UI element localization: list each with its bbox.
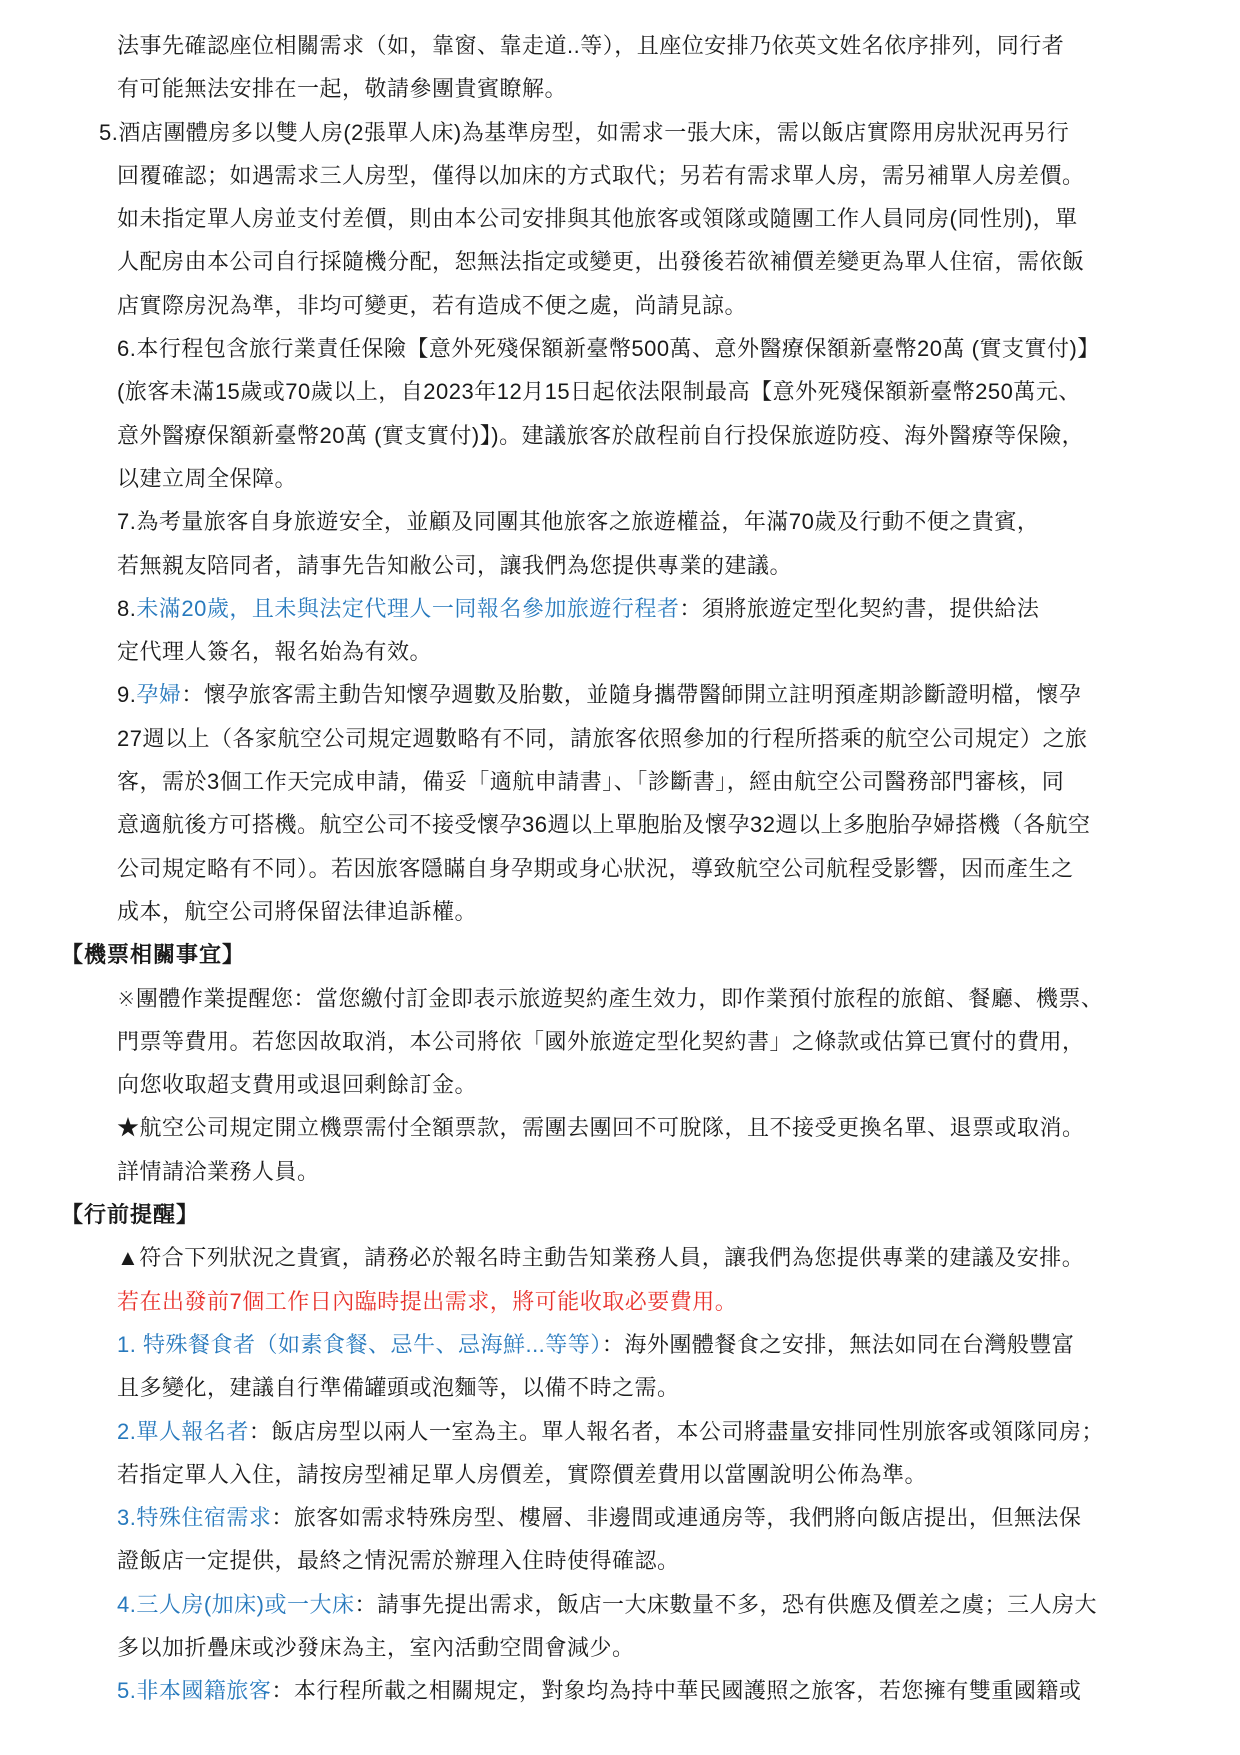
text-segment: 門票等費用。若您因故取消，本公司將依「國外旅遊定型化契約書」之條款或估算已實付的… [117,1029,1085,1054]
text-line: 且多變化，建議自行準備罐頭或泡麵等，以備不時之需。 [0,1366,1240,1409]
text-segment: 且多變化，建議自行準備罐頭或泡麵等，以備不時之需。 [117,1375,680,1400]
text-line: 意外醫療保額新臺幣20萬 (實支實付)】)。建議旅客於啟程前自行投保旅遊防疫、海… [0,414,1240,457]
text-segment: 有可能無法安排在一起，敬請參團貴賓瞭解。 [117,76,567,101]
text-line: 27週以上（各家航空公司規定週數略有不同，請旅客依照參加的行程所搭乘的航空公司規… [0,717,1240,760]
text-segment-blue: 孕婦 [136,682,181,707]
text-line: 意適航後方可搭機。航空公司不接受懷孕36週以上單胞胎及懷孕32週以上多胞胎孕婦搭… [0,803,1240,846]
text-segment: ▲符合下列狀況之貴賓，請務必於報名時主動告知業務人員，讓我們為您提供專業的建議及… [117,1245,1084,1270]
text-segment: 多以加折疊床或沙發床為主，室內活動空間會減少。 [117,1635,635,1660]
text-segment: (旅客未滿15歲或70歲以上，自2023年12月15日起依法限制最高【意外死殘保… [117,379,1081,404]
text-segment: 若指定單人入住，請按房型補足單人房價差，實際價差費用以當團說明公佈為準。 [117,1462,927,1487]
text-segment: ：懷孕旅客需主動告知懷孕週數及胎數，並隨身攜帶醫師開立註明預產期診斷證明檔，懷孕 [181,682,1081,707]
text-line: 多以加折疊床或沙發床為主，室內活動空間會減少。 [0,1626,1240,1669]
text-line: ★航空公司規定開立機票需付全額票款，需團去團回不可脫隊，且不接受更換名單、退票或… [0,1106,1240,1149]
text-line: 店實際房況為準，非均可變更，若有造成不便之處，尚請見諒。 [0,284,1240,327]
text-line: 回覆確認；如遇需求三人房型，僅得以加床的方式取代；另若有需求單人房，需另補單人房… [0,154,1240,197]
text-segment: 9. [117,682,136,707]
document-page: 法事先確認座位相關需求（如，靠窗、靠走道..等），且座位安排乃依英文姓名依序排列… [0,0,1240,1755]
text-segment: ★航空公司規定開立機票需付全額票款，需團去團回不可脫隊，且不接受更換名單、退票或… [117,1115,1085,1140]
text-line: ▲符合下列狀況之貴賓，請務必於報名時主動告知業務人員，讓我們為您提供專業的建議及… [0,1236,1240,1279]
text-segment: 店實際房況為準，非均可變更，若有造成不便之處，尚請見諒。 [117,293,747,318]
text-segment-blue: 1. 特殊餐食者（如素食餐、忌牛、忌海鮮...等等） [117,1332,602,1357]
text-segment: ：旅客如需求特殊房型、樓層、非邊間或連通房等，我們將向飯店提出，但無法保 [271,1505,1081,1530]
text-line: 9.孕婦：懷孕旅客需主動告知懷孕週數及胎數，並隨身攜帶醫師開立註明預產期診斷證明… [0,673,1240,716]
text-line: 7.為考量旅客自身旅遊安全，並顧及同團其他旅客之旅遊權益，年滿70歲及行動不便之… [0,500,1240,543]
text-segment: ：須將旅遊定型化契約書，提供給法 [679,596,1039,621]
text-line: 5.非本國籍旅客：本行程所載之相關規定，對象均為持中華民國護照之旅客，若您擁有雙… [0,1669,1240,1712]
text-segment: 如未指定單人房並支付差價，則由本公司安排與其他旅客或領隊或隨團工作人員同房(同性… [117,206,1078,231]
text-line: 成本，航空公司將保留法律追訴權。 [0,890,1240,933]
text-line: 人配房由本公司自行採隨機分配，恕無法指定或變更，出發後若欲補價差變更為單人住宿，… [0,240,1240,283]
text-segment: ：海外團體餐食之安排，無法如同在台灣般豐富 [602,1332,1075,1357]
text-segment: 意外醫療保額新臺幣20萬 (實支實付)】)。建議旅客於啟程前自行投保旅遊防疫、海… [117,423,1084,448]
text-segment: 證飯店一定提供，最終之情況需於辦理入住時使得確認。 [117,1548,680,1573]
text-segment: 詳情請洽業務人員。 [117,1159,320,1184]
text-segment: 6.本行程包含旅行業責任保險【意外死殘保額新臺幣500萬、意外醫療保額新臺幣20… [117,336,1100,361]
text-segment: ：飯店房型以兩人一室為主。單人報名者，本公司將盡量安排同性別旅客或領隊同房； [249,1419,1104,1444]
text-segment: 客，需於3個工作天完成申請，備妥「適航申請書」、「診斷書」，經由航空公司醫務部門… [117,769,1064,794]
section-header: 【機票相關事宜】 [0,933,1240,976]
text-segment-red: 若在出發前7個工作日內臨時提出需求，將可能收取必要費用。 [117,1289,737,1314]
text-line: 若在出發前7個工作日內臨時提出需求，將可能收取必要費用。 [0,1280,1240,1323]
text-line: 6.本行程包含旅行業責任保險【意外死殘保額新臺幣500萬、意外醫療保額新臺幣20… [0,327,1240,370]
text-line: 向您收取超支費用或退回剩餘訂金。 [0,1063,1240,1106]
text-line: 如未指定單人房並支付差價，則由本公司安排與其他旅客或領隊或隨團工作人員同房(同性… [0,197,1240,240]
text-line: 8.未滿20歲，且未與法定代理人一同報名參加旅遊行程者：須將旅遊定型化契約書，提… [0,587,1240,630]
text-segment-blue: 3.特殊住宿需求 [117,1505,271,1530]
text-segment: 公司規定略有不同）。若因旅客隱瞞自身孕期或身心狀況，導致航空公司航程受影響，因而… [117,856,1074,881]
text-segment: 法事先確認座位相關需求（如，靠窗、靠走道..等），且座位安排乃依英文姓名依序排列… [117,33,1064,58]
text-line: 4.三人房(加床)或一大床：請事先提出需求，飯店一大床數量不多，恐有供應及價差之… [0,1583,1240,1626]
text-segment: 8. [117,596,136,621]
text-line: ※團體作業提醒您：當您繳付訂金即表示旅遊契約產生效力，即作業預付旅程的旅館、餐廳… [0,977,1240,1020]
text-segment: 7.為考量旅客自身旅遊安全，並顧及同團其他旅客之旅遊權益，年滿70歲及行動不便之… [117,509,1039,534]
text-segment: 5.酒店團體房多以雙人房(2張單人床)為基準房型，如需求一張大床，需以飯店實際用… [99,120,1069,145]
text-segment: 定代理人簽名，報名始為有效。 [117,639,432,664]
text-segment: 以建立周全保障。 [117,466,297,491]
text-line: 客，需於3個工作天完成申請，備妥「適航申請書」、「診斷書」，經由航空公司醫務部門… [0,760,1240,803]
document-body: 法事先確認座位相關需求（如，靠窗、靠走道..等），且座位安排乃依英文姓名依序排列… [0,0,1240,1713]
text-segment: 人配房由本公司自行採隨機分配，恕無法指定或變更，出發後若欲補價差變更為單人住宿，… [117,249,1085,274]
text-line: (旅客未滿15歲或70歲以上，自2023年12月15日起依法限制最高【意外死殘保… [0,370,1240,413]
text-line: 若指定單人入住，請按房型補足單人房價差，實際價差費用以當團說明公佈為準。 [0,1453,1240,1496]
text-line: 5.酒店團體房多以雙人房(2張單人床)為基準房型，如需求一張大床，需以飯店實際用… [0,111,1240,154]
text-segment: 27週以上（各家航空公司規定週數略有不同，請旅客依照參加的行程所搭乘的航空公司規… [117,726,1087,751]
text-line: 3.特殊住宿需求：旅客如需求特殊房型、樓層、非邊間或連通房等，我們將向飯店提出，… [0,1496,1240,1539]
text-segment: 若無親友陪同者，請事先告知敝公司，讓我們為您提供專業的建議。 [117,553,792,578]
text-line: 若無親友陪同者，請事先告知敝公司，讓我們為您提供專業的建議。 [0,544,1240,587]
text-segment: 【機票相關事宜】 [61,942,245,967]
text-line: 門票等費用。若您因故取消，本公司將依「國外旅遊定型化契約書」之條款或估算已實付的… [0,1020,1240,1063]
text-segment: 意適航後方可搭機。航空公司不接受懷孕36週以上單胞胎及懷孕32週以上多胞胎孕婦搭… [117,812,1090,837]
text-segment: ：請事先提出需求，飯店一大床數量不多，恐有供應及價差之虞；三人房大 [355,1592,1098,1617]
text-line: 證飯店一定提供，最終之情況需於辦理入住時使得確認。 [0,1539,1240,1582]
text-line: 詳情請洽業務人員。 [0,1150,1240,1193]
text-segment-blue: 4.三人房(加床)或一大床 [117,1592,355,1617]
section-header: 【行前提醒】 [0,1193,1240,1236]
text-line: 2.單人報名者：飯店房型以兩人一室為主。單人報名者，本公司將盡量安排同性別旅客或… [0,1410,1240,1453]
text-line: 有可能無法安排在一起，敬請參團貴賓瞭解。 [0,67,1240,110]
text-segment-blue: 2.單人報名者 [117,1419,249,1444]
text-line: 法事先確認座位相關需求（如，靠窗、靠走道..等），且座位安排乃依英文姓名依序排列… [0,24,1240,67]
text-segment-blue: 5.非本國籍旅客 [117,1678,271,1703]
text-line: 公司規定略有不同）。若因旅客隱瞞自身孕期或身心狀況，導致航空公司航程受影響，因而… [0,847,1240,890]
text-segment: ※團體作業提醒您：當您繳付訂金即表示旅遊契約產生效力，即作業預付旅程的旅館、餐廳… [117,986,1103,1011]
text-line: 以建立周全保障。 [0,457,1240,500]
text-segment: 回覆確認；如遇需求三人房型，僅得以加床的方式取代；另若有需求單人房，需另補單人房… [117,163,1085,188]
text-segment: ：本行程所載之相關規定，對象均為持中華民國護照之旅客，若您擁有雙重國籍或 [271,1678,1081,1703]
text-segment: 向您收取超支費用或退回剩餘訂金。 [117,1072,477,1097]
text-segment: 【行前提醒】 [61,1202,199,1227]
text-line: 1. 特殊餐食者（如素食餐、忌牛、忌海鮮...等等）：海外團體餐食之安排，無法如… [0,1323,1240,1366]
text-line: 定代理人簽名，報名始為有效。 [0,630,1240,673]
text-segment: 成本，航空公司將保留法律追訴權。 [117,899,477,924]
text-segment-blue: 未滿20歲，且未與法定代理人一同報名參加旅遊行程者 [136,596,679,621]
